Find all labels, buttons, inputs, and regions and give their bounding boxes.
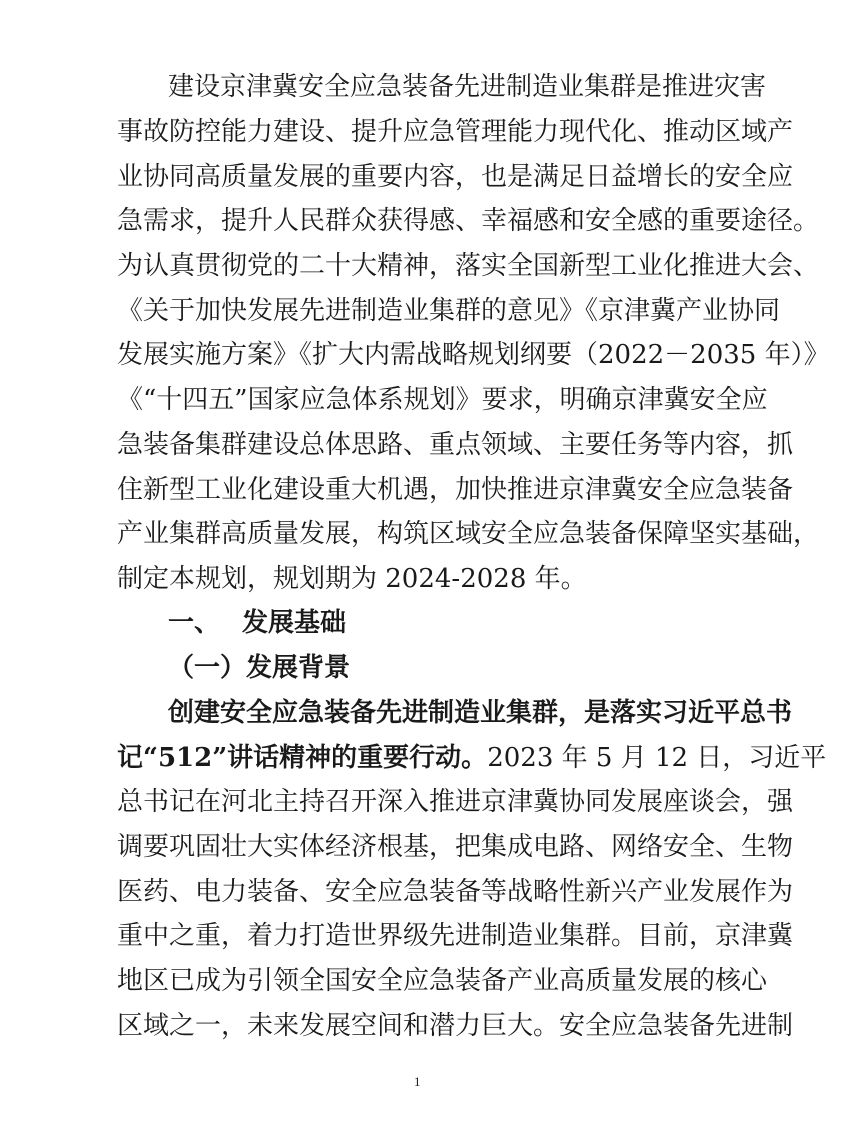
paragraph-2-line-3: 总书记在河北主持召开深入推进京津冀协同发展座谈会，强 <box>117 782 722 822</box>
paragraph-2-line-2-rest: 2023 年 5 月 12 日，习近平 <box>487 743 826 773</box>
paragraph-2-line-7: 地区已成为引领全国安全应急装备产业高质量发展的核心 <box>117 961 722 1001</box>
paragraph-2-line-8: 区域之一，未来发展空间和潜力巨大。安全应急装备先进制 <box>117 1006 722 1046</box>
paragraph-1-line-6: 《关于加快发展先进制造业集群的意见》《京津冀产业协同 <box>117 291 722 331</box>
paragraph-1-line-2: 事故防控能力建设、提升应急管理能力现代化、推动区域产 <box>117 112 722 152</box>
paragraph-1-line-5: 为认真贯彻党的二十大精神，落实全国新型工业化推进大会、 <box>117 246 722 286</box>
paragraph-1-line-4: 急需求，提升人民群众获得感、幸福感和安全感的重要途径。 <box>117 201 722 241</box>
paragraph-2-line-5: 医药、电力装备、安全应急装备等战略性新兴产业发展作为 <box>117 872 722 912</box>
paragraph-2-line-1-bold: 创建安全应急装备先进制造业集群，是落实习近平总书 <box>168 693 722 733</box>
paragraph-1-line-10: 住新型工业化建设重大机遇，加快推进京津冀安全应急装备 <box>117 470 722 510</box>
paragraph-2-line-2: 记“512”讲话精神的重要行动。2023 年 5 月 12 日，习近平 <box>117 738 722 778</box>
section-heading: 一、发展基础 <box>168 603 346 643</box>
paragraph-1-line-3: 业协同高质量发展的重要内容，也是满足日益增长的安全应 <box>117 157 722 197</box>
paragraph-2-line-4: 调要巩固壮大实体经济根基，把集成电路、网络安全、生物 <box>117 827 722 867</box>
paragraph-2-line-6: 重中之重，着力打造世界级先进制造业集群。目前，京津冀 <box>117 916 722 956</box>
paragraph-1-line-12: 制定本规划，规划期为 2024-2028 年。 <box>117 559 722 599</box>
paragraph-1-line-11: 产业集群高质量发展，构筑区域安全应急装备保障坚实基础， <box>117 514 722 554</box>
paragraph-1-line-7: 发展实施方案》《扩大内需战略规划纲要（2022－2035 年）》 <box>117 335 722 375</box>
paragraph-1-line-8: 《“十四五”国家应急体系规划》要求，明确京津冀安全应 <box>117 380 722 420</box>
paragraph-1-line-1: 建设京津冀安全应急装备先进制造业集群是推进灾害 <box>168 67 722 107</box>
section-title: 发展基础 <box>242 608 346 638</box>
paragraph-1-line-9: 急装备集群建设总体思路、重点领域、主要任务等内容，抓 <box>117 425 722 465</box>
page-number: 1 <box>414 1074 421 1090</box>
paragraph-2-lead-bold: 记“512”讲话精神的重要行动。 <box>117 743 487 773</box>
document-page: 建设京津冀安全应急装备先进制造业集群是推进灾害 事故防控能力建设、提升应急管理能… <box>0 0 841 1133</box>
section-number: 一、 <box>168 603 242 643</box>
subsection-heading: （一）发展背景 <box>168 648 350 688</box>
